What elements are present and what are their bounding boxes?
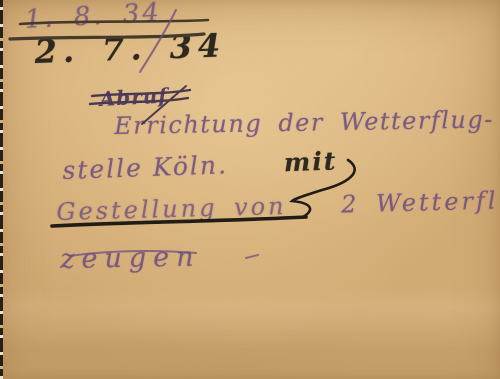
date-new: 2. 7. 34 [34, 26, 227, 71]
body-line-3-struck: Gestellung von [56, 192, 287, 226]
stray-dash [246, 255, 258, 258]
torn-left-edge [0, 0, 3, 379]
body-line-1: Errichtung der Wetterflug- [114, 105, 494, 140]
body-line-3: Gestellung von 2 Wetterflug= [56, 185, 500, 226]
scanned-note-card: 1. 8. 34 2. 7. 34 Abruf Errichtung der W… [0, 0, 500, 379]
body-line-2: stelle Köln. mit [62, 146, 338, 185]
body-line-3-text: 2 Wetterflug= [341, 185, 500, 219]
body-line-2-mit: mit [283, 146, 337, 177]
body-line-2-text: stelle Köln. [62, 150, 228, 185]
struck-word: Abruf [99, 83, 168, 111]
body-line-4: zeugen [60, 242, 201, 275]
